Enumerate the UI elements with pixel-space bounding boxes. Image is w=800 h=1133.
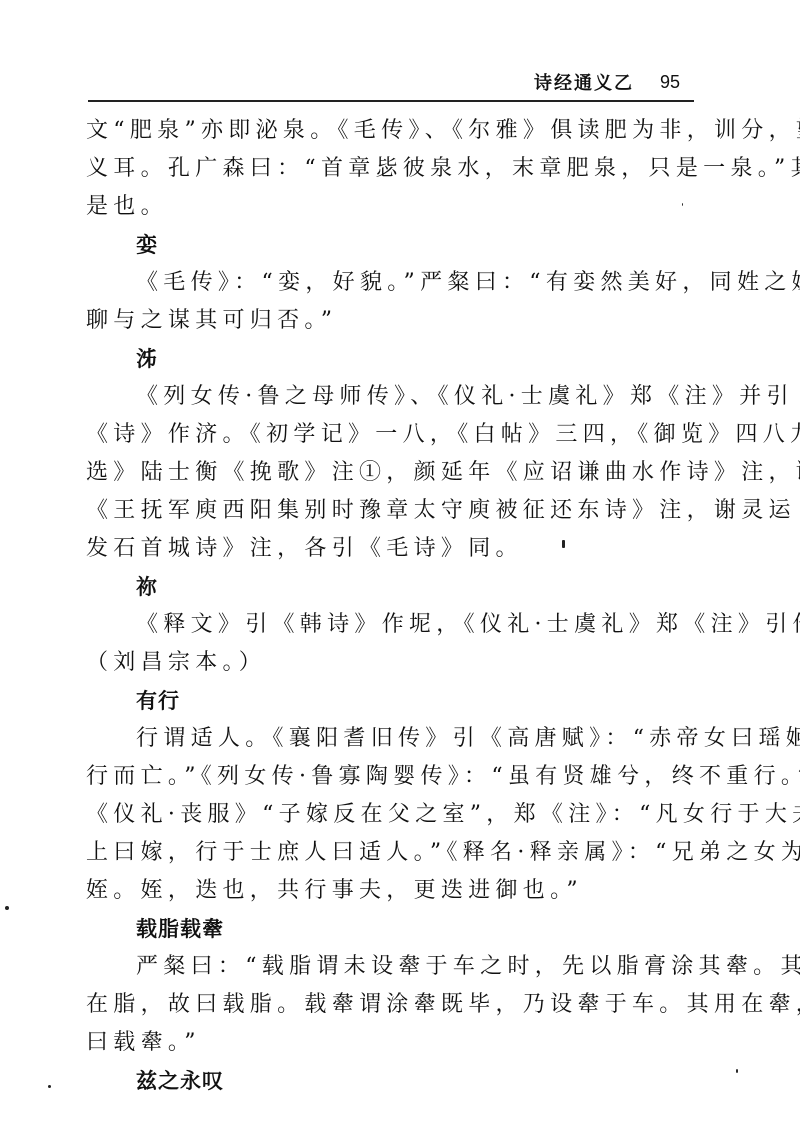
text-line: 聊与之谋其可归否。” <box>86 302 694 340</box>
text-line: 《诗》作济。《初学记》一八，《白帖》三四，《御览》四八九，《文 <box>86 416 694 454</box>
text-line: 《毛传》：“娈，好貌。”严粲曰：“有娈然美好，同姓之娣姪， <box>86 264 694 302</box>
text-line: 发石首城诗》注，各引《毛诗》同。 <box>86 530 694 568</box>
entry-heading: 有行 <box>86 682 694 720</box>
page-number: 95 <box>660 72 680 93</box>
text-line: 选》陆士衡《挽歌》注①，颜延年《应诏谦曲水作诗》注，谢宣远 <box>86 454 694 492</box>
text-line: 在脂，故曰载脂。载舝谓涂舝既毕，乃设舝于车。其用在舝，故 <box>86 986 694 1024</box>
text-line: 上曰嫁，行于士庶人曰适人。”《释名·释亲属》：“兄弟之女为 <box>86 834 694 872</box>
text-line: 严粲曰：“载脂谓未设舝于车之时，先以脂膏涂其舝。其用 <box>86 948 694 986</box>
text-line: （刘昌宗本。） <box>86 644 694 682</box>
continuation-paragraph: 文“肥泉”亦即泌泉。《毛传》、《尔雅》俱读肥为非，训分，望文生 义耳。孔广森曰：… <box>86 112 694 226</box>
entry-heading: 祢 <box>86 568 694 606</box>
header-rule <box>88 100 694 102</box>
running-head-title: 诗经通义乙 <box>534 69 634 95</box>
entry-mi: 祢 《释文》引《韩诗》作坭，《仪礼·士虞礼》郑《注》引作泥。 （刘昌宗本。） <box>86 568 694 682</box>
text-line: 《释文》引《韩诗》作坭，《仪礼·士虞礼》郑《注》引作泥。 <box>86 606 694 644</box>
text-line: 《仪礼·丧服》“子嫁反在父之室”，郑《注》：“凡女行于大夫以 <box>86 796 694 834</box>
text-line: 文“肥泉”亦即泌泉。《毛传》、《尔雅》俱读肥为非，训分，望文生 <box>86 112 694 150</box>
entry-zai-zhi-zai-xia: 载脂载舝 严粲曰：“载脂谓未设舝于车之时，先以脂膏涂其舝。其用 在脂，故曰载脂。… <box>86 910 694 1062</box>
text-line: 曰载舝。” <box>86 1024 694 1062</box>
entry-luan: 娈 《毛传》：“娈，好貌。”严粲曰：“有娈然美好，同姓之娣姪， 聊与之谋其可归否… <box>86 226 694 340</box>
entry-you-xing: 有行 行谓适人。《襄阳耆旧传》引《高唐赋》：“赤帝女曰瑶姬，未 行而亡。”《列女… <box>86 682 694 910</box>
text-line: 行谓适人。《襄阳耆旧传》引《高唐赋》：“赤帝女曰瑶姬，未 <box>86 720 694 758</box>
body-text: 文“肥泉”亦即泌泉。《毛传》、《尔雅》俱读肥为非，训分，望文生 义耳。孔广森曰：… <box>86 112 694 1100</box>
scan-speck <box>48 1085 51 1088</box>
scan-speck <box>562 540 565 548</box>
text-line: 义耳。孔广森曰：“首章毖彼泉水，末章肥泉，只是一泉。”其说 <box>86 150 694 188</box>
scan-speck <box>736 1069 738 1073</box>
entry-ji: 泲 《列女传·鲁之母师传》、《仪礼·士虞礼》郑《注》并引 《诗》作济。《初学记》… <box>86 340 694 568</box>
book-page: 诗经通义乙 95 文“肥泉”亦即泌泉。《毛传》、《尔雅》俱读肥为非，训分，望文生… <box>0 0 800 1133</box>
entry-heading: 载脂载舝 <box>86 910 694 948</box>
scan-speck <box>682 203 683 206</box>
scan-speck <box>5 906 9 910</box>
text-line: 《王抚军庾西阳集别时豫章太守庾被征还东诗》注，谢灵运《初 <box>86 492 694 530</box>
entry-heading: 泲 <box>86 340 694 378</box>
entry-zi-zhi-yong-tan: 兹之永叹 <box>86 1062 694 1100</box>
entry-heading: 兹之永叹 <box>86 1062 694 1100</box>
running-head: 诗经通义乙 95 <box>88 66 686 98</box>
text-line: 行而亡。”《列女传·鲁寡陶婴传》：“虽有贤雄兮，终不重行。” <box>86 758 694 796</box>
text-line: 《列女传·鲁之母师传》、《仪礼·士虞礼》郑《注》并引 <box>86 378 694 416</box>
text-line: 是也。 <box>86 188 694 226</box>
text-line: 姪。姪，迭也，共行事夫，更迭进御也。” <box>86 872 694 910</box>
entry-heading: 娈 <box>86 226 694 264</box>
